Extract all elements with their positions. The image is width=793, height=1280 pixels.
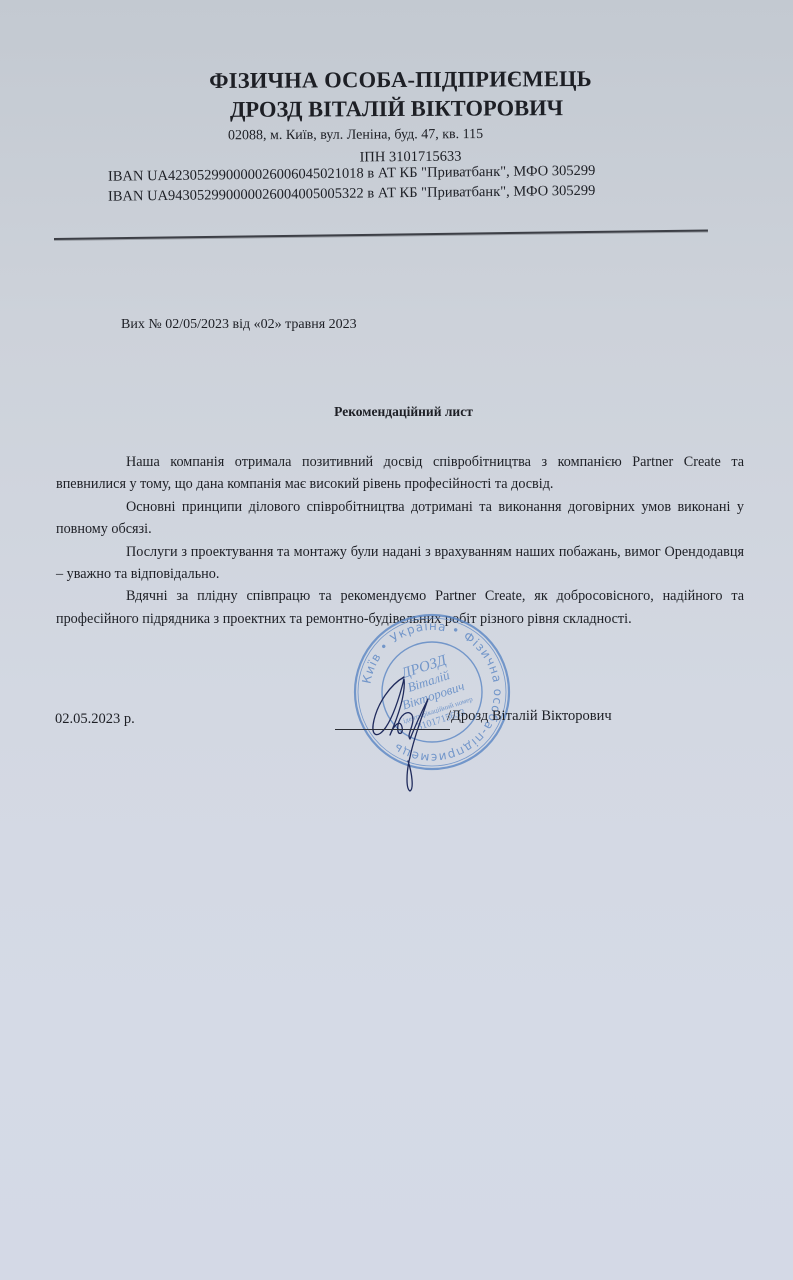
letterhead: ФІЗИЧНА ОСОБА-ПІДПРИЄМЕЦЬ ДРОЗД ВІТАЛІЙ … <box>0 66 793 208</box>
letter-date: 02.05.2023 р. <box>55 711 135 728</box>
paragraph-3: Послуги з проектування та монтажу були н… <box>56 541 744 586</box>
signatory-name: /Дрозд Віталій Вікторович <box>447 708 612 725</box>
letterhead-divider <box>54 229 708 240</box>
letterhead-title-line1: ФІЗИЧНА ОСОБА-ПІДПРИЄМЕЦЬ <box>8 64 793 96</box>
outgoing-reference: Вих № 02/05/2023 від «02» травня 2023 <box>121 317 357 333</box>
paragraph-2: Основні принципи ділового співробітництв… <box>56 496 744 541</box>
paragraph-1: Наша компанія отримала позитивний досвід… <box>56 451 744 496</box>
signature-icon <box>360 665 450 795</box>
letterhead-title-line2: ДРОЗД ВІТАЛІЙ ВІКТОРОВИЧ <box>0 92 793 126</box>
letter-body: Наша компанія отримала позитивний досвід… <box>56 451 744 630</box>
document-page: ФІЗИЧНА ОСОБА-ПІДПРИЄМЕЦЬ ДРОЗД ВІТАЛІЙ … <box>0 0 793 1280</box>
signature-line <box>335 729 450 730</box>
document-title: Рекомендаційний лист <box>0 404 793 420</box>
